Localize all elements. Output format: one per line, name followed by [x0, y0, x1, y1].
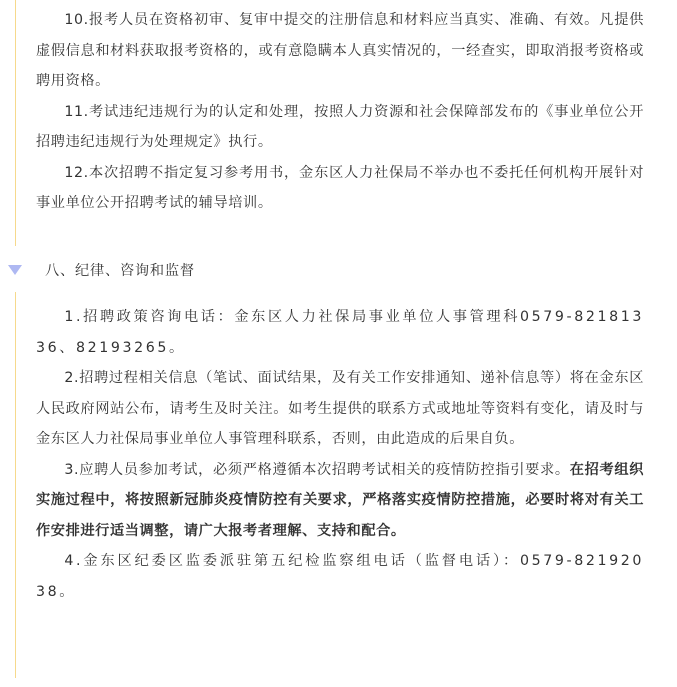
- paragraph-item-8-3: 3.应聘人员参加考试，必须严格遵循本次招聘考试相关的疫情防控指引要求。在招考组织…: [36, 455, 644, 547]
- paragraph-item-12: 12.本次招聘不指定复习参考用书，金东区人力社保局不举办也不委托任何机构开展针对…: [36, 158, 644, 219]
- triangle-down-icon: [8, 265, 22, 275]
- section-7-continued: 10.报考人员在资格初审、复审中提交的注册信息和材料应当真实、准确、有效。凡提供…: [36, 5, 644, 219]
- guide-line-top: [15, 0, 16, 246]
- section-8-body: 1.招聘政策咨询电话：金东区人力社保局事业单位人事管理科0579-8218133…: [36, 302, 644, 607]
- section-heading: 八、纪律、咨询和监督: [45, 256, 195, 286]
- paragraph-item-10: 10.报考人员在资格初审、复审中提交的注册信息和材料应当真实、准确、有效。凡提供…: [36, 5, 644, 97]
- paragraph-item-11: 11.考试违纪违规行为的认定和处理，按照人力资源和社会保障部发布的《事业单位公开…: [36, 97, 644, 158]
- paragraph-item-8-1: 1.招聘政策咨询电话：金东区人力社保局事业单位人事管理科0579-8218133…: [36, 302, 644, 363]
- paragraph-item-8-2: 2.招聘过程相关信息（笔试、面试结果，及有关工作安排通知、递补信息等）将在金东区…: [36, 363, 644, 455]
- guide-line-bottom: [15, 292, 16, 678]
- paragraph-item-8-4: 4.金东区纪委区监委派驻第五纪检监察组电话（监督电话）：0579-8219203…: [36, 546, 644, 607]
- item-8-3-normal-text: 3.应聘人员参加考试，必须严格遵循本次招聘考试相关的疫情防控指引要求。: [64, 462, 569, 478]
